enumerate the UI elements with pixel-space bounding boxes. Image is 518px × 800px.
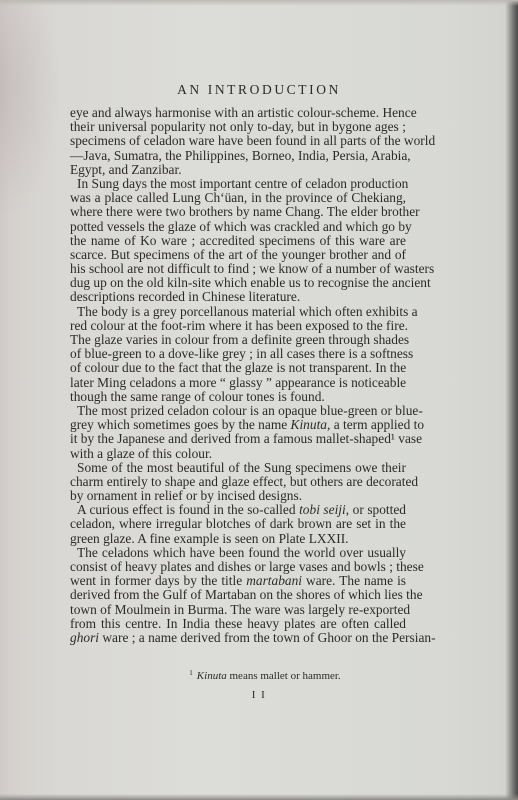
text-line: charm entirely to shape and glaze effect… [70, 475, 406, 489]
text-line: Egypt, and Zanzibar. [70, 163, 406, 177]
text-line: scarce. But specimens of the art of the … [70, 248, 406, 262]
page-top-shadow [0, 0, 518, 6]
text-line: In Sung days the most important centre o… [70, 177, 406, 191]
text-line: consist of heavy plates and dishes or la… [70, 560, 406, 574]
text-line: it by the Japanese and derived from a fa… [70, 432, 406, 446]
text-line: specimens of celadon ware have been foun… [70, 134, 406, 148]
text-line: celadon, where irregular blotches of dar… [70, 517, 406, 531]
text-line: went in former days by the title martaba… [70, 574, 406, 588]
page-curl-shadow [0, 0, 60, 220]
text-line: red colour at the foot-rim where it has … [70, 319, 406, 333]
text-line: though the same range of colour tones is… [70, 390, 406, 404]
text-line: was a place called Lung Ch‘üan, in the p… [70, 191, 406, 205]
text-line: descriptions recorded in Chinese literat… [70, 290, 406, 304]
text-line: The body is a grey porcellanous material… [70, 305, 406, 319]
text-line: —Java, Sumatra, the Philippines, Borneo,… [70, 149, 406, 163]
page-bottom-shadow [0, 794, 518, 800]
text-line: eye and always harmonise with an artisti… [70, 106, 406, 120]
page-number: I I [0, 689, 518, 701]
footnote-text: means mallet or hammer. [227, 670, 341, 682]
body-text: eye and always harmonise with an artisti… [70, 106, 406, 645]
text-line: grey which sometimes goes by the name Ki… [70, 418, 406, 432]
footnote-term: Kinuta [197, 670, 227, 682]
text-line: of blue-green to a dove-like grey ; in a… [70, 347, 406, 361]
book-page: AN INTRODUCTION eye and always harmonise… [0, 0, 518, 800]
text-line: The most prized celadon colour is an opa… [70, 404, 406, 418]
text-line: A curious effect is found in the so-call… [70, 503, 406, 517]
text-line: their universal popularity not only to-d… [70, 120, 406, 134]
text-line: Some of the most beautiful of the Sung s… [70, 461, 406, 475]
text-line: with a glaze of this colour. [70, 447, 406, 461]
text-line: The glaze varies in colour from a defini… [70, 333, 406, 347]
text-line: potted vessels the glaze of which was cr… [70, 220, 406, 234]
text-line: by ornament in relief or by incised desi… [70, 489, 406, 503]
text-line: the name of Ko ware ; accredited specime… [70, 234, 406, 248]
running-head: AN INTRODUCTION [0, 82, 518, 98]
footnote-marker: 1 [189, 669, 193, 677]
text-line: where there were two brothers by name Ch… [70, 205, 406, 219]
text-line: from this centre. In India these heavy p… [70, 617, 406, 631]
text-line: dug up on the old kiln-site which enable… [70, 276, 406, 290]
text-line: later Ming celadons a more “ glassy ” ap… [70, 376, 406, 390]
text-line: derived from the Gulf of Martaban on the… [70, 588, 406, 602]
text-line: The celadons which have been found the w… [70, 546, 406, 560]
text-line: his school are not difficult to find ; w… [70, 262, 406, 276]
text-line: town of Moulmein in Burma. The ware was … [70, 603, 406, 617]
text-line: of colour due to the fact that the glaze… [70, 361, 406, 375]
footnote: 1Kinuta means mallet or hammer. [0, 669, 518, 682]
text-line: ghori ware ; a name derived from the tow… [70, 631, 406, 645]
text-line: green glaze. A fine example is seen on P… [70, 532, 406, 546]
